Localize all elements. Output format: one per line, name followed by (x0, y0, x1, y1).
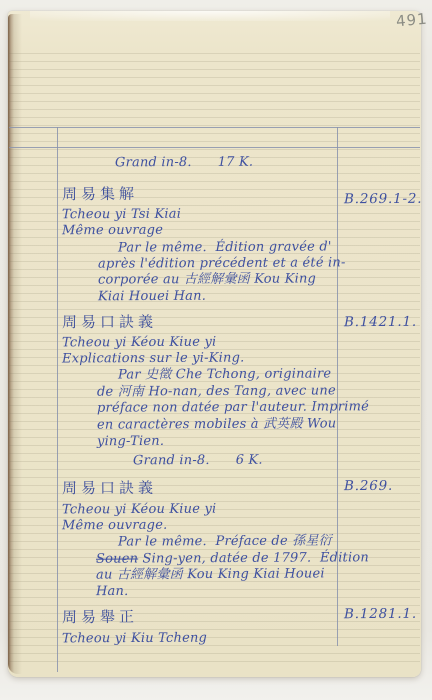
entry-body-line: de 河南 Ho-nan, des Tang, avec une (97, 383, 336, 399)
entry-body-line: en caractères mobiles à 武英殿 Wou (97, 416, 336, 432)
shelfmark: B.1281.1. (344, 607, 417, 622)
entry-body-line: Par le même. Édition gravée d' (118, 239, 332, 255)
size-note: Grand in-8. 17 K. (115, 155, 253, 171)
entry-title-cjk: 周易口訣義 (62, 314, 157, 331)
entry-body-line: ying-Tien. (97, 434, 164, 449)
folio-number: 491 (395, 10, 428, 31)
entry-body-line: Par 史徵 Che Tchong, originaire (118, 366, 331, 382)
entry-body-line: corporée au 古經解彙函 Kou King (98, 271, 316, 287)
entry-body-line: Han. (96, 584, 128, 599)
entry-romanization: Tcheou yi Kéou Kiue yi (62, 502, 216, 518)
entry-title-cjk: 周易集解 (62, 186, 138, 203)
entry-romanization: Tcheou yi Tsi Kiai (62, 207, 181, 223)
struck-word: Souen (96, 551, 138, 566)
shelfmark: B.269. (344, 479, 393, 494)
entry-romanization: Tcheou yi Kiu Tcheng (62, 631, 207, 647)
page-curl-highlight (30, 11, 390, 21)
entry-body-line: Kiai Houei Han. (98, 289, 206, 305)
header-rule-bottom (9, 147, 420, 148)
entry-body-line: Souen Sing-yen, datée de 1797. Édition (96, 550, 369, 566)
entry-subtitle: Même ouvrage. (62, 518, 167, 534)
entry-body-text: Sing-yen, datée de 1797. Édition (138, 550, 369, 566)
entry-title-cjk: 周易口訣義 (62, 480, 157, 497)
left-margin-rule (57, 127, 58, 672)
entry-body-line: préface non datée par l'auteur. Imprimé (97, 399, 369, 415)
scanned-catalog-page: 491 Grand in-8. 17 K. 周易集解 B.269.1-2. Tc… (0, 0, 432, 700)
entry-body-line: après l'édition précédent et a été in- (98, 255, 346, 271)
entry-subtitle: Explications sur le yi-King. (62, 351, 245, 367)
shelfmark: B.1421.1. (344, 315, 417, 330)
header-rule-top (9, 127, 420, 128)
entry-body-line: au 古經解彙函 Kou King Kiai Houei (96, 566, 325, 582)
entry-body-line: Par le même. Préface de 孫星衍 (118, 533, 332, 549)
size-note: Grand in-8. 6 K. (133, 453, 263, 469)
entry-title-cjk: 周易舉正 (62, 609, 138, 626)
entry-romanization: Tcheou yi Kéou Kiue yi (62, 335, 216, 351)
entry-subtitle: Même ouvrage (62, 223, 163, 239)
shelfmark: B.269.1-2. (344, 192, 422, 207)
right-column-rule (337, 127, 338, 646)
